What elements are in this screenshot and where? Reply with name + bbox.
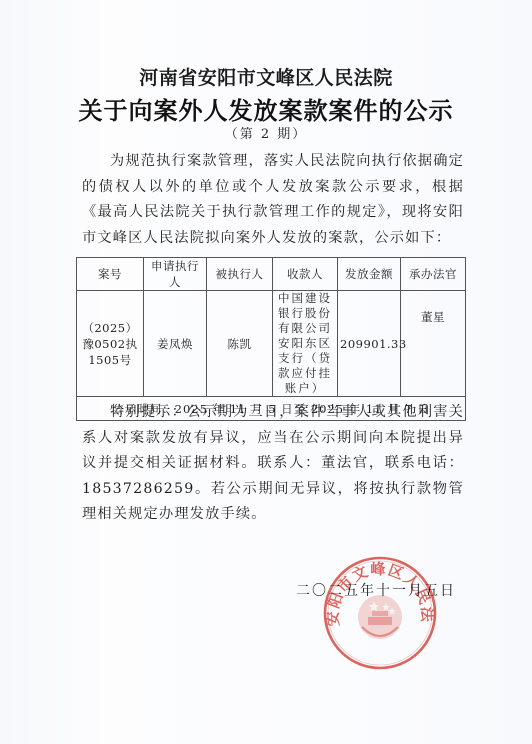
case-table: 案号 申请执行人 被执行人 收款人 发放金额 承办法官 （2025）豫0502执… (76, 257, 466, 421)
cell-judge: 董星 (401, 291, 466, 397)
document-title: 关于向案外人发放案款案件的公示 (0, 91, 532, 126)
header-judge: 承办法官 (401, 258, 466, 291)
header-applicant: 申请执行人 (144, 258, 207, 291)
header-case-no: 案号 (77, 258, 144, 291)
cell-respondent: 陈凯 (207, 291, 273, 397)
notice-text: 特别提示：公示期为三日，案件当事人或其他利害关系人对案款发放有异议，应当在公示期… (82, 404, 464, 522)
header-respondent: 被执行人 (207, 258, 273, 291)
court-name: 河南省安阳市文峰区人民法院 (0, 63, 532, 90)
court-seal-icon: 安阳市文峰区人民法院 (322, 555, 438, 671)
table-row: （2025）豫0502执1505号 姜凤焕 陈凯 中国建设银行股份有限公司安阳东… (77, 291, 466, 397)
intro-paragraph: 为规范执行案款管理，落实人民法院向执行依据确定的债权人以外的单位或个人发放案款公… (82, 149, 464, 251)
document-page: 河南省安阳市文峰区人民法院 关于向案外人发放案款案件的公示 （第 2 期） 为规… (0, 0, 532, 744)
cell-amount: 209901.33 (338, 291, 401, 397)
intro-text: 为规范执行案款管理，落实人民法院向执行依据确定的债权人以外的单位或个人发放案款公… (82, 153, 464, 246)
header-amount: 发放金额 (338, 258, 401, 291)
table-header-row: 案号 申请执行人 被执行人 收款人 发放金额 承办法官 (77, 258, 466, 291)
cell-applicant: 姜凤焕 (144, 291, 207, 397)
issue-number: （第 2 期） (0, 123, 532, 142)
header-payee: 收款人 (273, 258, 338, 291)
notice-paragraph: 特别提示：公示期为三日，案件当事人或其他利害关系人对案款发放有异议，应当在公示期… (82, 400, 464, 528)
cell-payee: 中国建设银行股份有限公司安阳东区支行（贷款应付挂账户） (273, 291, 338, 397)
cell-case-no: （2025）豫0502执1505号 (77, 291, 144, 397)
